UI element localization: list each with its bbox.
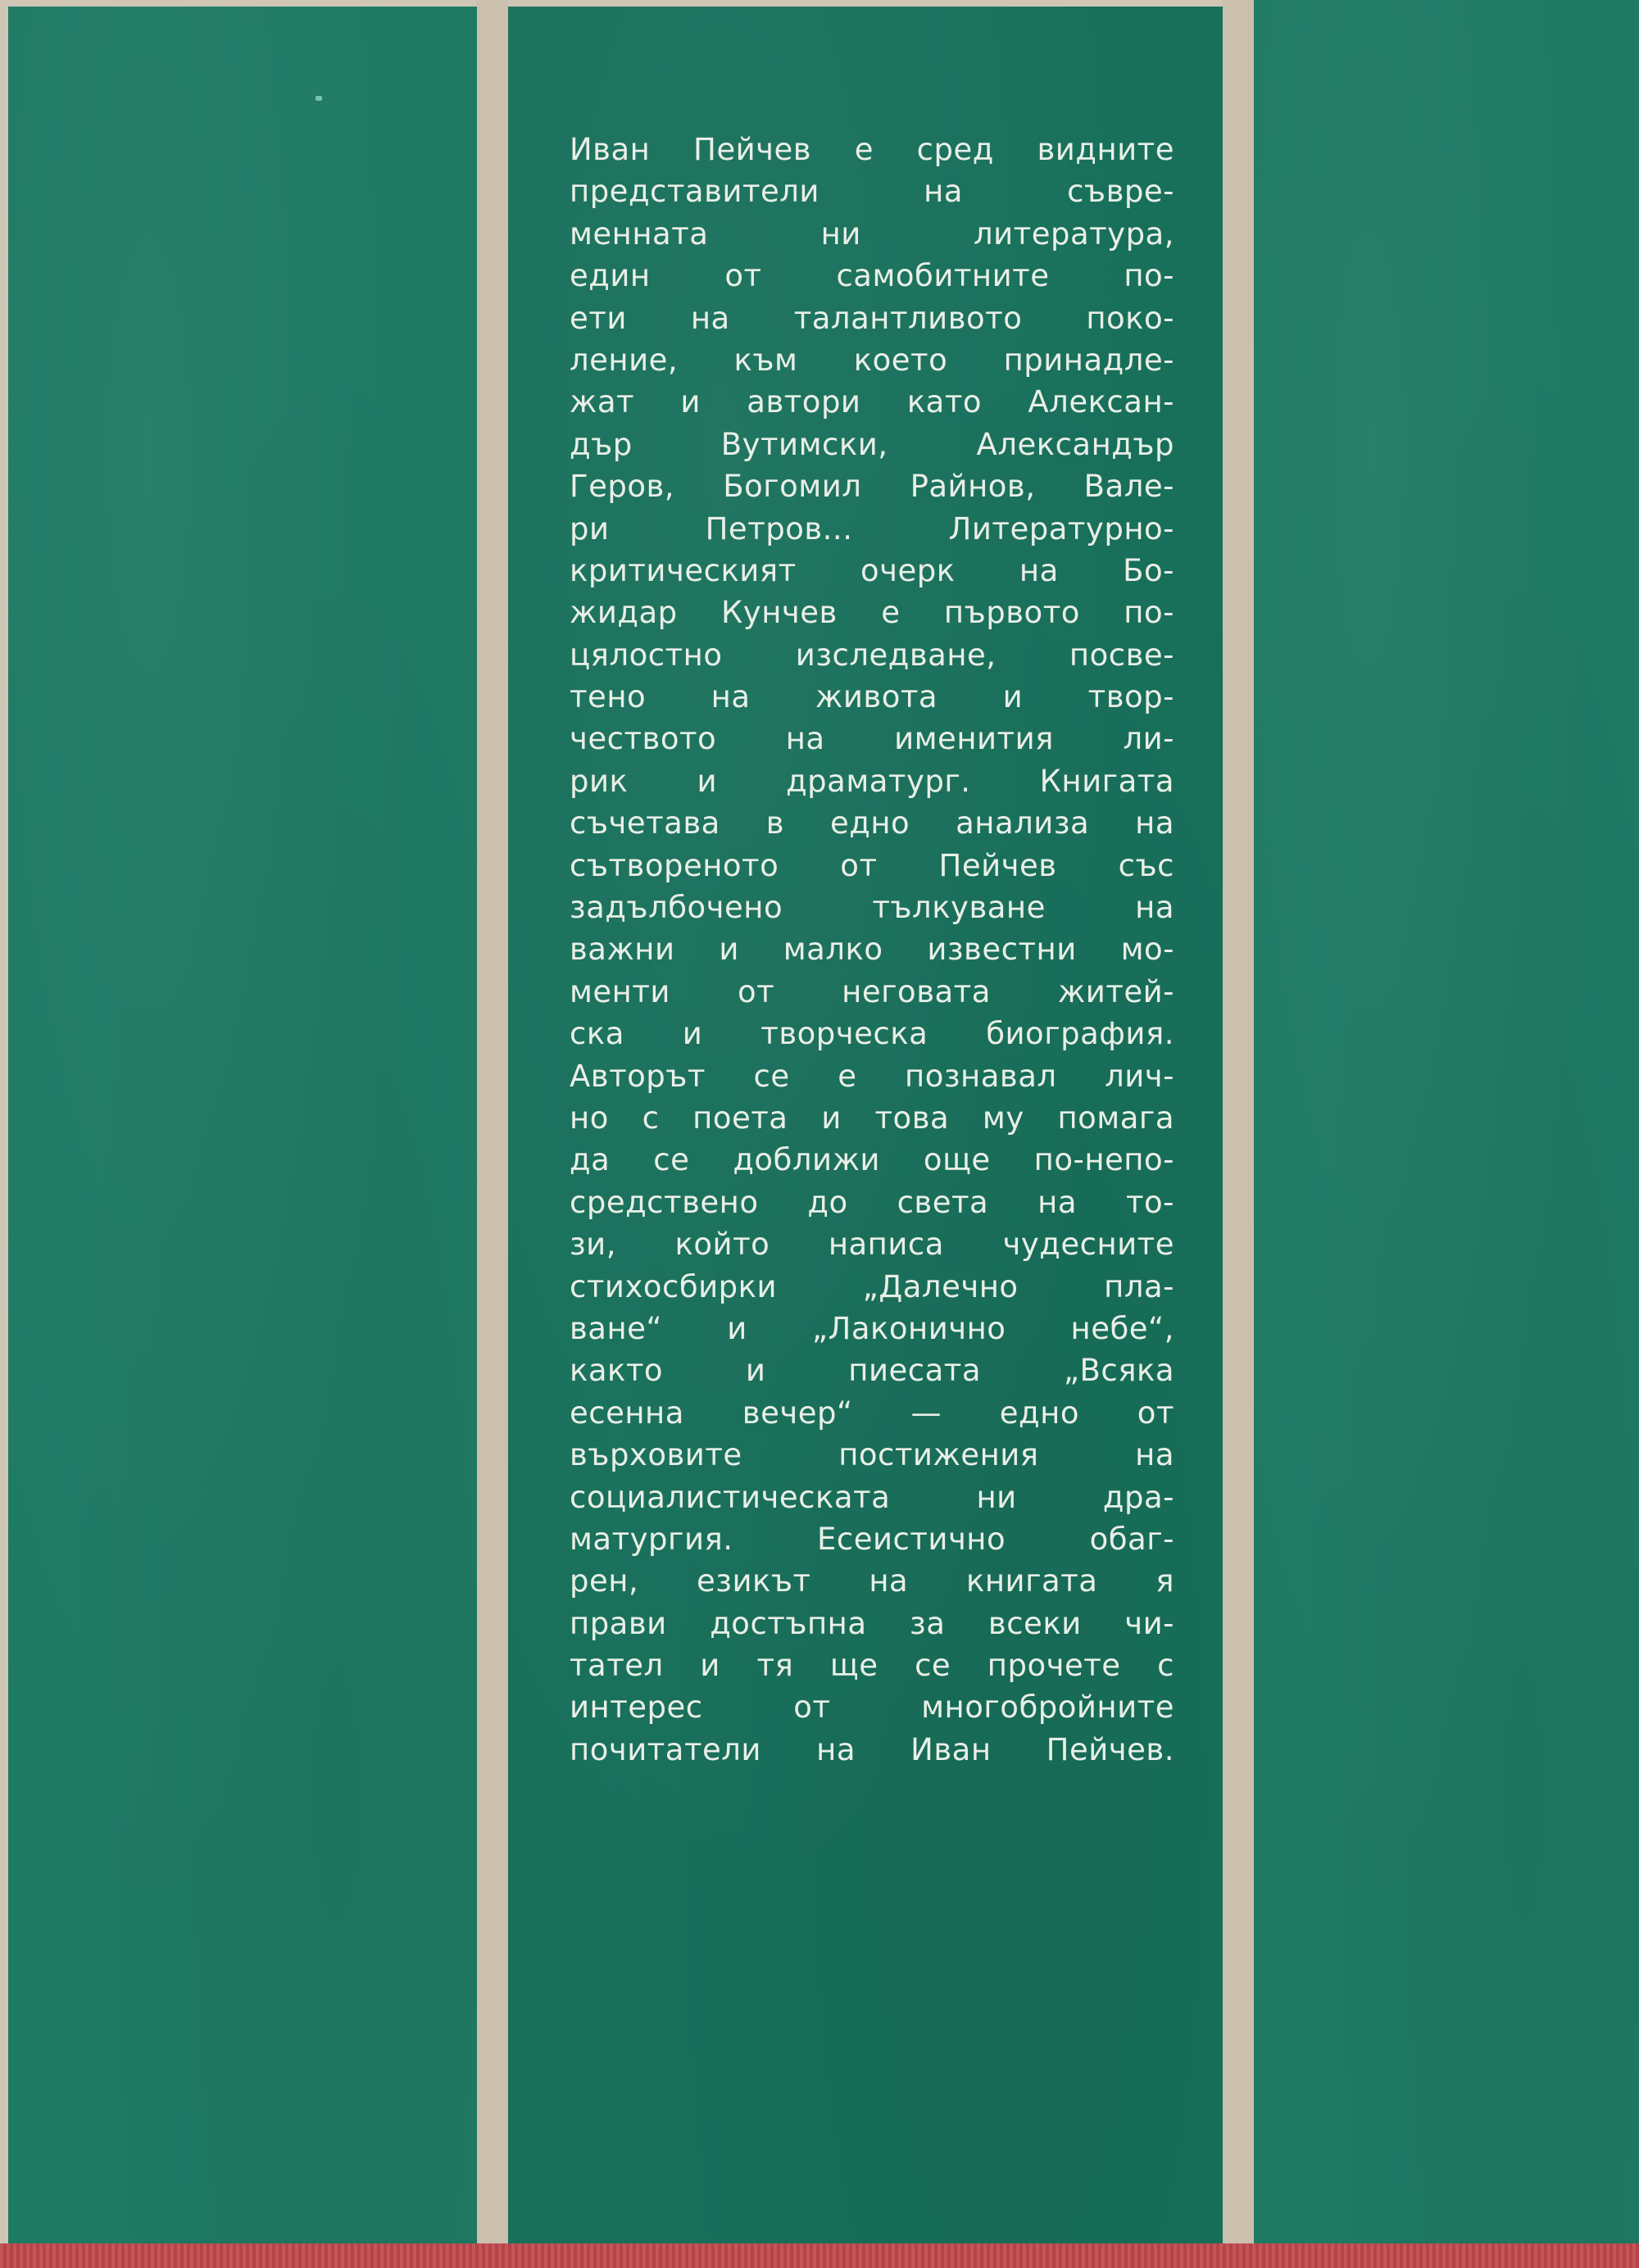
- blurb-line: съчетава в едно анализа на: [570, 802, 1174, 844]
- blurb-line: менти от неговата житей-: [570, 971, 1174, 1013]
- blurb-line: Иван Пейчев е сред видните: [570, 129, 1174, 170]
- print-speck: [316, 96, 322, 101]
- blurb-line: ри Петров... Литературно-: [570, 508, 1174, 550]
- cover-panel-left: [8, 7, 477, 2243]
- blurb-line: есенна вечер“ — едно от: [570, 1392, 1174, 1434]
- blurb-line: стихосбирки „Далечно пла-: [570, 1266, 1174, 1308]
- book-blurb: Иван Пейчев е сред видните представители…: [570, 129, 1174, 1771]
- blurb-line: тено на живота и твор-: [570, 676, 1174, 718]
- blurb-line: да се доближи още по-непо-: [570, 1139, 1174, 1181]
- blurb-line: важни и малко известни мо-: [570, 928, 1174, 970]
- book-back-cover: Иван Пейчев е сред видните представители…: [0, 0, 1639, 2268]
- blurb-line: почитатели на Иван Пейчев.: [570, 1729, 1174, 1771]
- blurb-line: задълбочено тълкуване на: [570, 887, 1174, 928]
- blurb-line: средствено до света на то-: [570, 1182, 1174, 1223]
- decorative-stripe-right: [1223, 0, 1254, 2243]
- blurb-line: ване“ и „Лаконично небе“,: [570, 1308, 1174, 1349]
- decorative-stripe-left: [477, 0, 508, 2243]
- blurb-line: рик и драматург. Книгата: [570, 760, 1174, 802]
- blurb-line: критическият очерк на Бо-: [570, 550, 1174, 592]
- blurb-line: интерес от многобройните: [570, 1686, 1174, 1728]
- blurb-line: жат и автори като Алексан-: [570, 381, 1174, 423]
- blurb-line: Геров, Богомил Райнов, Вале-: [570, 465, 1174, 507]
- blurb-line: чеството на именития ли-: [570, 718, 1174, 760]
- blurb-line: тател и тя ще се прочете с: [570, 1644, 1174, 1686]
- blurb-line: социалистическата ни дра-: [570, 1476, 1174, 1518]
- blurb-line: ети на талантливото поко-: [570, 297, 1174, 339]
- cover-panel-right: [1254, 0, 1639, 2243]
- cover-bottom-edge: [0, 2243, 1639, 2268]
- blurb-line: Авторът се е познавал лич-: [570, 1055, 1174, 1097]
- blurb-line: един от самобитните по-: [570, 255, 1174, 297]
- blurb-line: менната ни литература,: [570, 213, 1174, 255]
- blurb-line: но с поета и това му помага: [570, 1097, 1174, 1139]
- blurb-line: сътвореното от Пейчев със: [570, 845, 1174, 887]
- blurb-line: рен, езикът на книгата я: [570, 1560, 1174, 1602]
- blurb-line: представители на съвре-: [570, 170, 1174, 212]
- blurb-line: както и пиесата „Всяка: [570, 1349, 1174, 1391]
- blurb-line: ление, към което принадле-: [570, 339, 1174, 381]
- blurb-line: върховите постижения на: [570, 1434, 1174, 1476]
- blurb-line: жидар Кунчев е първото по-: [570, 592, 1174, 633]
- blurb-line: дър Вутимски, Александър: [570, 424, 1174, 465]
- blurb-line: прави достъпна за всеки чи-: [570, 1603, 1174, 1644]
- blurb-line: зи, който написа чудесните: [570, 1223, 1174, 1265]
- blurb-line: матургия. Есеистично обаг-: [570, 1518, 1174, 1560]
- blurb-line: цялостно изследване, посве-: [570, 634, 1174, 676]
- blurb-line: ска и творческа биография.: [570, 1013, 1174, 1055]
